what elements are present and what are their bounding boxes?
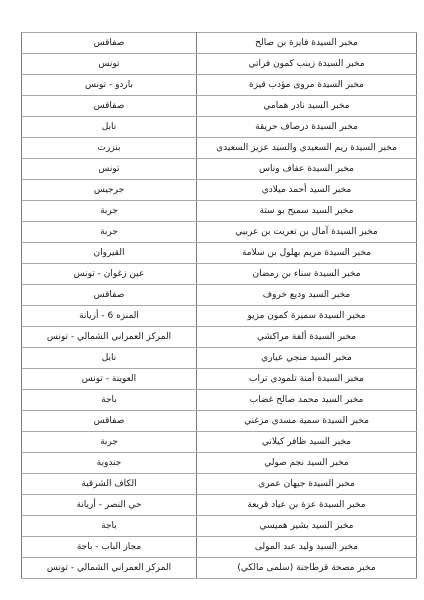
lab-name-cell: مخبر السيدة سمية مسدي مزغني [197,411,417,432]
lab-name-cell: مخبر السيد بشير هميسي [197,516,417,537]
location-cell: جرجيس [22,180,197,201]
location-cell: العوينة - تونس [22,369,197,390]
table-row: مخبر السيدة سناء بن رمضان عين زغوان - تو… [22,264,417,285]
lab-name-cell: مخبر مصحة قرطاجنة (سلمى مالكي) [197,558,417,579]
location-cell: تونس [22,159,197,180]
location-cell: صفاقس [22,33,197,54]
lab-name-cell: مخبر السيدة جيهان عمري [197,474,417,495]
location-cell: حي النصر - أريانة [22,495,197,516]
lab-name-cell: مخبر السيد محمد صالح غضاب [197,390,417,411]
table-row: مخبر السيد سميح بو ستة جربة [22,201,417,222]
location-cell: مجاز الباب - باجة [22,537,197,558]
location-cell: جربة [22,201,197,222]
table-row: مخبر السيد محمد صالح غضاب باجة [22,390,417,411]
table-row: مخبر السيد بشير هميسي باجة [22,516,417,537]
table-row: مخبر مصحة قرطاجنة (سلمى مالكي) المركز ال… [22,558,417,579]
location-cell: القيروان [22,243,197,264]
location-cell: تونس [22,54,197,75]
location-cell: باردو - تونس [22,75,197,96]
location-cell: صفاقس [22,96,197,117]
location-cell: جربة [22,222,197,243]
location-cell: المركز العمراني الشمالي - تونس [22,558,197,579]
location-cell: الكاف الشرقية [22,474,197,495]
lab-name-cell: مخبر السيدة زينب كمون فراتي [197,54,417,75]
table-row: مخبر السيدة زينب كمون فراتي تونس [22,54,417,75]
location-cell: جربة [22,432,197,453]
lab-name-cell: مخبر السيدة مروى مؤدب قيزة [197,75,417,96]
table-row: مخبر السيد وليد عبد المولى مجاز الباب - … [22,537,417,558]
lab-name-cell: مخبر السيد سميح بو ستة [197,201,417,222]
table-row: مخبر السيدة فايزة بن صالح صفاقس [22,33,417,54]
table-row: مخبر السيد أحمد ميلادي جرجيس [22,180,417,201]
lab-name-cell: مخبر السيدة فايزة بن صالح [197,33,417,54]
table-row: مخبر السيدة ألفة مراكشي المركز العمراني … [22,327,417,348]
lab-name-cell: مخبر السيدة مريم بهلول بن سلامة [197,243,417,264]
location-cell: عين زغوان - تونس [22,264,197,285]
lab-name-cell: مخبر السيدة ريم السعيدي والسيد عزيز السع… [197,138,417,159]
lab-name-cell: مخبر السيد منجي عياري [197,348,417,369]
lab-name-cell: مخبر السيدة سميرة كمون مزيو [197,306,417,327]
lab-name-cell: مخبر السيدة ألفة مراكشي [197,327,417,348]
location-cell: نابل [22,117,197,138]
lab-name-cell: مخبر السيد ظافر كيلاني [197,432,417,453]
table-row: مخبر السيدة ريم السعيدي والسيد عزيز السع… [22,138,417,159]
location-cell: صفاقس [22,285,197,306]
table-row: مخبر السيد وديع خروف صفاقس [22,285,417,306]
lab-name-cell: مخبر السيد وليد عبد المولى [197,537,417,558]
laboratories-table: مخبر السيدة فايزة بن صالح صفاقس مخبر الس… [21,32,417,579]
table-row: مخبر السيدة سمية مسدي مزغني صفاقس [22,411,417,432]
table-row: مخبر السيدة سميرة كمون مزيو المنزه 6 - أ… [22,306,417,327]
location-cell: المركز العمراني الشمالي - تونس [22,327,197,348]
location-cell: نابل [22,348,197,369]
lab-name-cell: مخبر السيدة سناء بن رمضان [197,264,417,285]
lab-name-cell: مخبر السيد أحمد ميلادي [197,180,417,201]
table-row: مخبر السيد نجم صولي جندوبة [22,453,417,474]
location-cell: المنزه 6 - أريانة [22,306,197,327]
table-row: مخبر السيدة أمنة تلمودي تراب العوينة - ت… [22,369,417,390]
table-row: مخبر السيد ظافر كيلاني جربة [22,432,417,453]
lab-name-cell: مخبر السيدة أمنة تلمودي تراب [197,369,417,390]
table-row: مخبر السيد منجي عياري نابل [22,348,417,369]
table-row: مخبر السيدة درصاف حريقة نابل [22,117,417,138]
lab-name-cell: مخبر السيدة عزة بن عياد قريعة [197,495,417,516]
location-cell: جندوبة [22,453,197,474]
table-row: مخبر السيدة آمال بن تعريت بن عربيي جربة [22,222,417,243]
lab-name-cell: مخبر السيد نجم صولي [197,453,417,474]
location-cell: صفاقس [22,411,197,432]
lab-name-cell: مخبر السيد نادر همامي [197,96,417,117]
lab-name-cell: مخبر السيدة درصاف حريقة [197,117,417,138]
lab-name-cell: مخبر السيدة عفاف وناس [197,159,417,180]
location-cell: باجة [22,390,197,411]
table-row: مخبر السيدة عفاف وناس تونس [22,159,417,180]
table-row: مخبر السيدة مريم بهلول بن سلامة القيروان [22,243,417,264]
lab-name-cell: مخبر السيد وديع خروف [197,285,417,306]
table-row: مخبر السيدة عزة بن عياد قريعة حي النصر -… [22,495,417,516]
laboratories-table-body: مخبر السيدة فايزة بن صالح صفاقس مخبر الس… [22,33,417,579]
location-cell: باجة [22,516,197,537]
document-page: مخبر السيدة فايزة بن صالح صفاقس مخبر الس… [0,0,424,600]
table-row: مخبر السيدة جيهان عمري الكاف الشرقية [22,474,417,495]
location-cell: بنزرت [22,138,197,159]
table-row: مخبر السيدة مروى مؤدب قيزة باردو - تونس [22,75,417,96]
lab-name-cell: مخبر السيدة آمال بن تعريت بن عربيي [197,222,417,243]
table-row: مخبر السيد نادر همامي صفاقس [22,96,417,117]
